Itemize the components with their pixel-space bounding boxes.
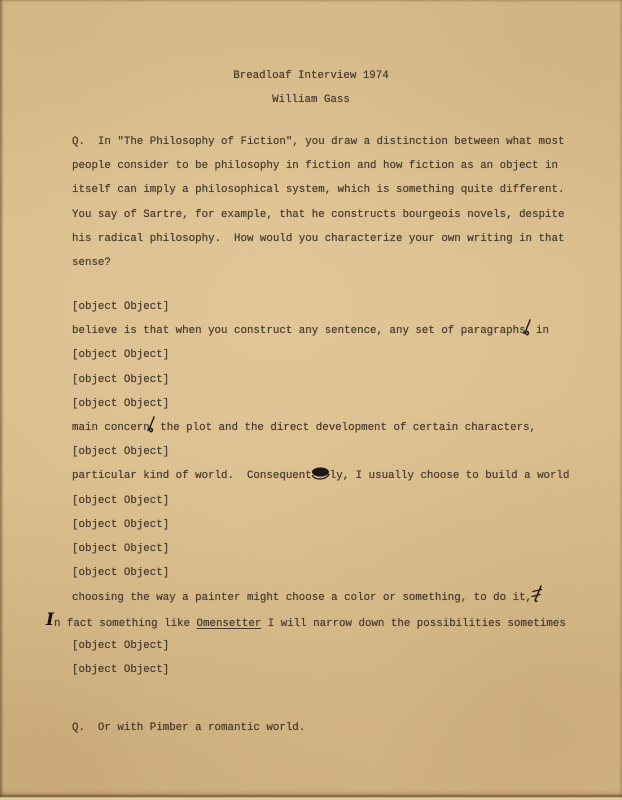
answer-text: n fact something like (54, 618, 197, 630)
answer-line: [object Object] (72, 440, 569, 464)
answer-line: [object Object] (72, 513, 569, 537)
answer-text: believe is that when you construct any s… (72, 325, 526, 337)
question-2-paragraph: Q. Or with Pimber a romantic world. (72, 716, 305, 740)
answer-text: I will narrow down the possibilities som… (261, 618, 566, 630)
paper-bottom-edge (0, 790, 622, 800)
answer-line: main concern the plot and the direct dev… (72, 416, 569, 440)
answer-line: choosing the way a painter might choose … (72, 585, 569, 609)
answer-line: [object Object] (72, 392, 569, 416)
scanned-typewritten-page: Breadloaf Interview 1974 William Gass Q.… (0, 0, 622, 800)
author-name: William Gass (0, 88, 622, 112)
answer-line: particular kind of world. Consequently, … (72, 464, 569, 488)
question-line: You say of Sartre, for example, that he … (72, 203, 564, 227)
question-line: sense? (72, 251, 564, 275)
ink-blot-correction-icon (311, 467, 331, 492)
question-line: people consider to be philosophy in fict… (72, 154, 564, 178)
answer-text: particular kind of world. Consequent (72, 470, 312, 482)
page-title: Breadloaf Interview 1974 (0, 64, 622, 88)
question-line: itself can imply a philosophical system,… (72, 178, 564, 202)
question-line: Q. In "The Philosophy of Fiction", you d… (72, 130, 564, 154)
answer-line: [object Object] (72, 561, 569, 585)
book-title-underlined: Omensetter (197, 618, 262, 630)
answer-line: [object Object] (72, 368, 569, 392)
answer-text: the plot and the direct development of c… (154, 422, 536, 434)
answer-line: believe is that when you construct any s… (72, 319, 569, 343)
answer-line: [object Object] (72, 537, 569, 561)
answer-line: [object Object] (72, 658, 569, 682)
answer-line: [object Object] (72, 343, 569, 367)
document-header: Breadloaf Interview 1974 William Gass (0, 64, 622, 112)
answer-line: [object Object] (72, 295, 569, 319)
handwritten-capital-letter: I (46, 608, 54, 632)
question-1-paragraph: Q. In "The Philosophy of Fiction", you d… (72, 130, 564, 275)
answer-text: choosing the way a painter might choose … (72, 592, 532, 604)
question-line: Q. Or with Pimber a romantic world. (72, 716, 305, 740)
question-line: his radical philosophy. How would you ch… (72, 227, 564, 251)
answer-text: in (530, 325, 549, 337)
answer-line: In fact something like Omensetter I will… (46, 609, 569, 633)
answer-paragraph: [object Object] believe is that when you… (72, 295, 569, 682)
answer-line: [object Object] (72, 634, 569, 658)
answer-text: ly, I usually choose to build a world (330, 470, 570, 482)
answer-text: main concern (72, 422, 150, 434)
